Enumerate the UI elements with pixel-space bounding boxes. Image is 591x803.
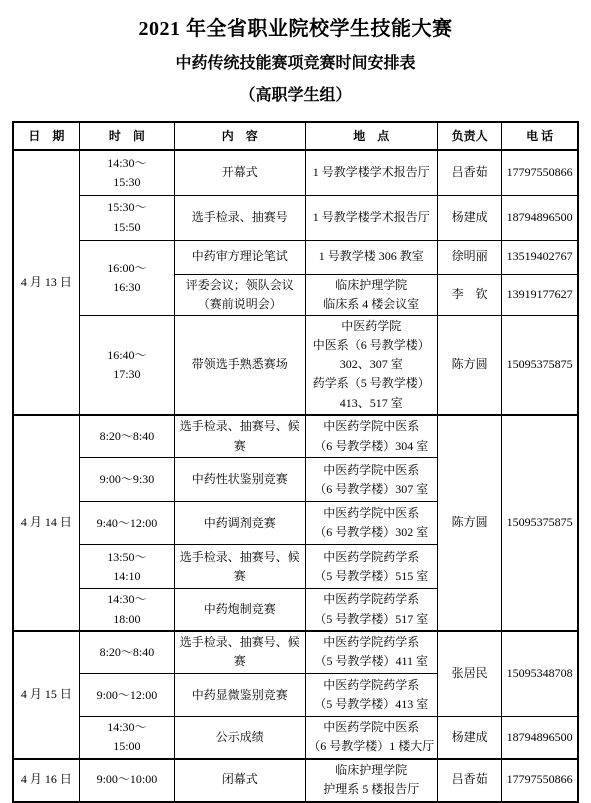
phone-cell: 17797550866 [502,759,578,802]
header-time: 时 间 [79,122,174,150]
content-cell: 中药审方理论笔试 [175,240,305,274]
time-cell: 14:30～ 15:30 [79,150,174,195]
content-cell: 中药调剂竞赛 [175,502,305,545]
content-cell: 评委会议；领队会议 （赛前说明会） [175,274,305,315]
time-cell: 9:00～10:00 [79,759,174,802]
content-cell: 中药炮制竞赛 [175,589,305,631]
header-row: 日 期 时 间 内 容 地 点 负责人 电 话 [13,122,578,150]
header-content: 内 容 [175,122,305,150]
content-cell: 中药性状鉴别竞赛 [175,458,305,502]
person-cell: 杨建成 [437,717,501,759]
phone-cell: 18794896500 [502,195,578,240]
location-cell: 中医药学院中医系 （6 号教学楼）304 室 [305,415,437,458]
person-cell: 李 钦 [437,274,501,315]
person-cell: 吕香茹 [437,759,501,802]
time-cell: 9:00～9:30 [79,458,174,502]
phone-cell: 15095375875 [502,315,578,414]
location-cell: 1 号教学楼学术报告厅 [305,150,437,195]
document-group-label: （高职学生组） [12,82,579,105]
title-block: 2021 年全省职业院校学生技能大赛 中药传统技能赛项竞赛时间安排表 （高职学生… [12,12,579,105]
location-cell: 1 号教学楼 306 教室 [305,240,437,274]
location-cell: 1 号教学楼学术报告厅 [305,195,437,240]
location-cell: 中医药学院 中医系（6 号教学楼） 302、307 室 药学系（5 号教学楼） … [305,315,437,414]
phone-cell: 15095348708 [502,631,578,717]
header-date: 日 期 [13,122,79,150]
content-cell: 开幕式 [175,150,305,195]
person-cell: 陈方圆 [437,415,501,631]
schedule-row: 4 月 13 日 14:30～ 15:30 开幕式 1 号教学楼学术报告厅 吕香… [13,150,578,195]
location-cell: 中医药学院中医系 （6 号教学楼）1 楼大厅 [305,717,437,759]
person-cell: 徐明丽 [437,240,501,274]
schedule-row: 16:40～ 17:30 带领选手熟悉赛场 中医药学院 中医系（6 号教学楼） … [13,315,578,414]
date-cell: 4 月 14 日 [13,415,79,631]
person-cell: 张居民 [437,631,501,717]
time-cell: 8:20～8:40 [79,631,174,674]
time-cell: 16:00～ 16:30 [79,240,174,315]
phone-cell: 17797550866 [502,150,578,195]
content-cell: 选手检录、抽赛号 [175,195,305,240]
date-cell: 4 月 16 日 [13,759,79,802]
date-cell: 4 月 13 日 [13,150,79,415]
content-cell: 选手检录、抽赛号、候赛 [175,631,305,674]
header-location: 地 点 [305,122,437,150]
schedule-row: 14:30～ 15:00 公示成绩 中医药学院中医系 （6 号教学楼）1 楼大厅… [13,717,578,759]
document-subtitle: 中药传统技能赛项竞赛时间安排表 [12,50,579,73]
location-cell: 临床护理学院 护理系 5 楼报告厅 [305,759,437,802]
document-page: 2021 年全省职业院校学生技能大赛 中药传统技能赛项竞赛时间安排表 （高职学生… [0,0,591,803]
phone-cell: 13919177627 [502,274,578,315]
schedule-row: 4 月 14 日 8:20～8:40 选手检录、抽赛号、候赛 中医药学院中医系 … [13,415,578,458]
time-cell: 13:50～ 14:10 [79,545,174,589]
time-cell: 16:40～ 17:30 [79,315,174,414]
date-cell: 4 月 15 日 [13,631,79,759]
person-cell: 吕香茹 [437,150,501,195]
schedule-row: 4 月 16 日 9:00～10:00 闭幕式 临床护理学院 护理系 5 楼报告… [13,759,578,802]
time-cell: 8:20～8:40 [79,415,174,458]
schedule-row: 4 月 15 日 8:20～8:40 选手检录、抽赛号、候赛 中医药学院药学系 … [13,631,578,674]
content-cell: 中药显微鉴别竞赛 [175,674,305,717]
location-cell: 中医药学院药学系 （5 号教学楼）413 室 [305,674,437,717]
time-cell: 14:30～ 15:00 [79,717,174,759]
document-title: 2021 年全省职业院校学生技能大赛 [12,12,579,41]
phone-cell: 13519402767 [502,240,578,274]
location-cell: 中医药学院药学系 （5 号教学楼）517 室 [305,589,437,631]
content-cell: 选手检录、抽赛号、候赛 [175,415,305,458]
content-cell: 闭幕式 [175,759,305,802]
location-cell: 临床护理学院 临床系 4 楼会议室 [305,274,437,315]
location-cell: 中医药学院药学系 （5 号教学楼）515 室 [305,545,437,589]
time-cell: 9:00～12:00 [79,674,174,717]
schedule-row: 16:00～ 16:30 中药审方理论笔试 1 号教学楼 306 教室 徐明丽 … [13,240,578,274]
time-cell: 15:30～ 15:50 [79,195,174,240]
content-cell: 公示成绩 [175,717,305,759]
person-cell: 陈方圆 [437,315,501,414]
time-cell: 9:40～12:00 [79,502,174,545]
time-cell: 14:30～ 18:00 [79,589,174,631]
location-cell: 中医药学院中医系 （6 号教学楼）302 室 [305,502,437,545]
location-cell: 中医药学院中医系 （6 号教学楼）307 室 [305,458,437,502]
phone-cell: 15095375875 [502,415,578,631]
location-cell: 中医药学院药学系 （5 号教学楼）411 室 [305,631,437,674]
content-cell: 带领选手熟悉赛场 [175,315,305,414]
content-cell: 选手检录、抽赛号、候赛 [175,545,305,589]
phone-cell: 18794896500 [502,717,578,759]
schedule-table: 日 期 时 间 内 容 地 点 负责人 电 话 4 月 13 日 14:30～ … [12,121,579,803]
person-cell: 杨建成 [437,195,501,240]
header-person: 负责人 [437,122,501,150]
header-phone: 电 话 [502,122,578,150]
schedule-row: 15:30～ 15:50 选手检录、抽赛号 1 号教学楼学术报告厅 杨建成 18… [13,195,578,240]
